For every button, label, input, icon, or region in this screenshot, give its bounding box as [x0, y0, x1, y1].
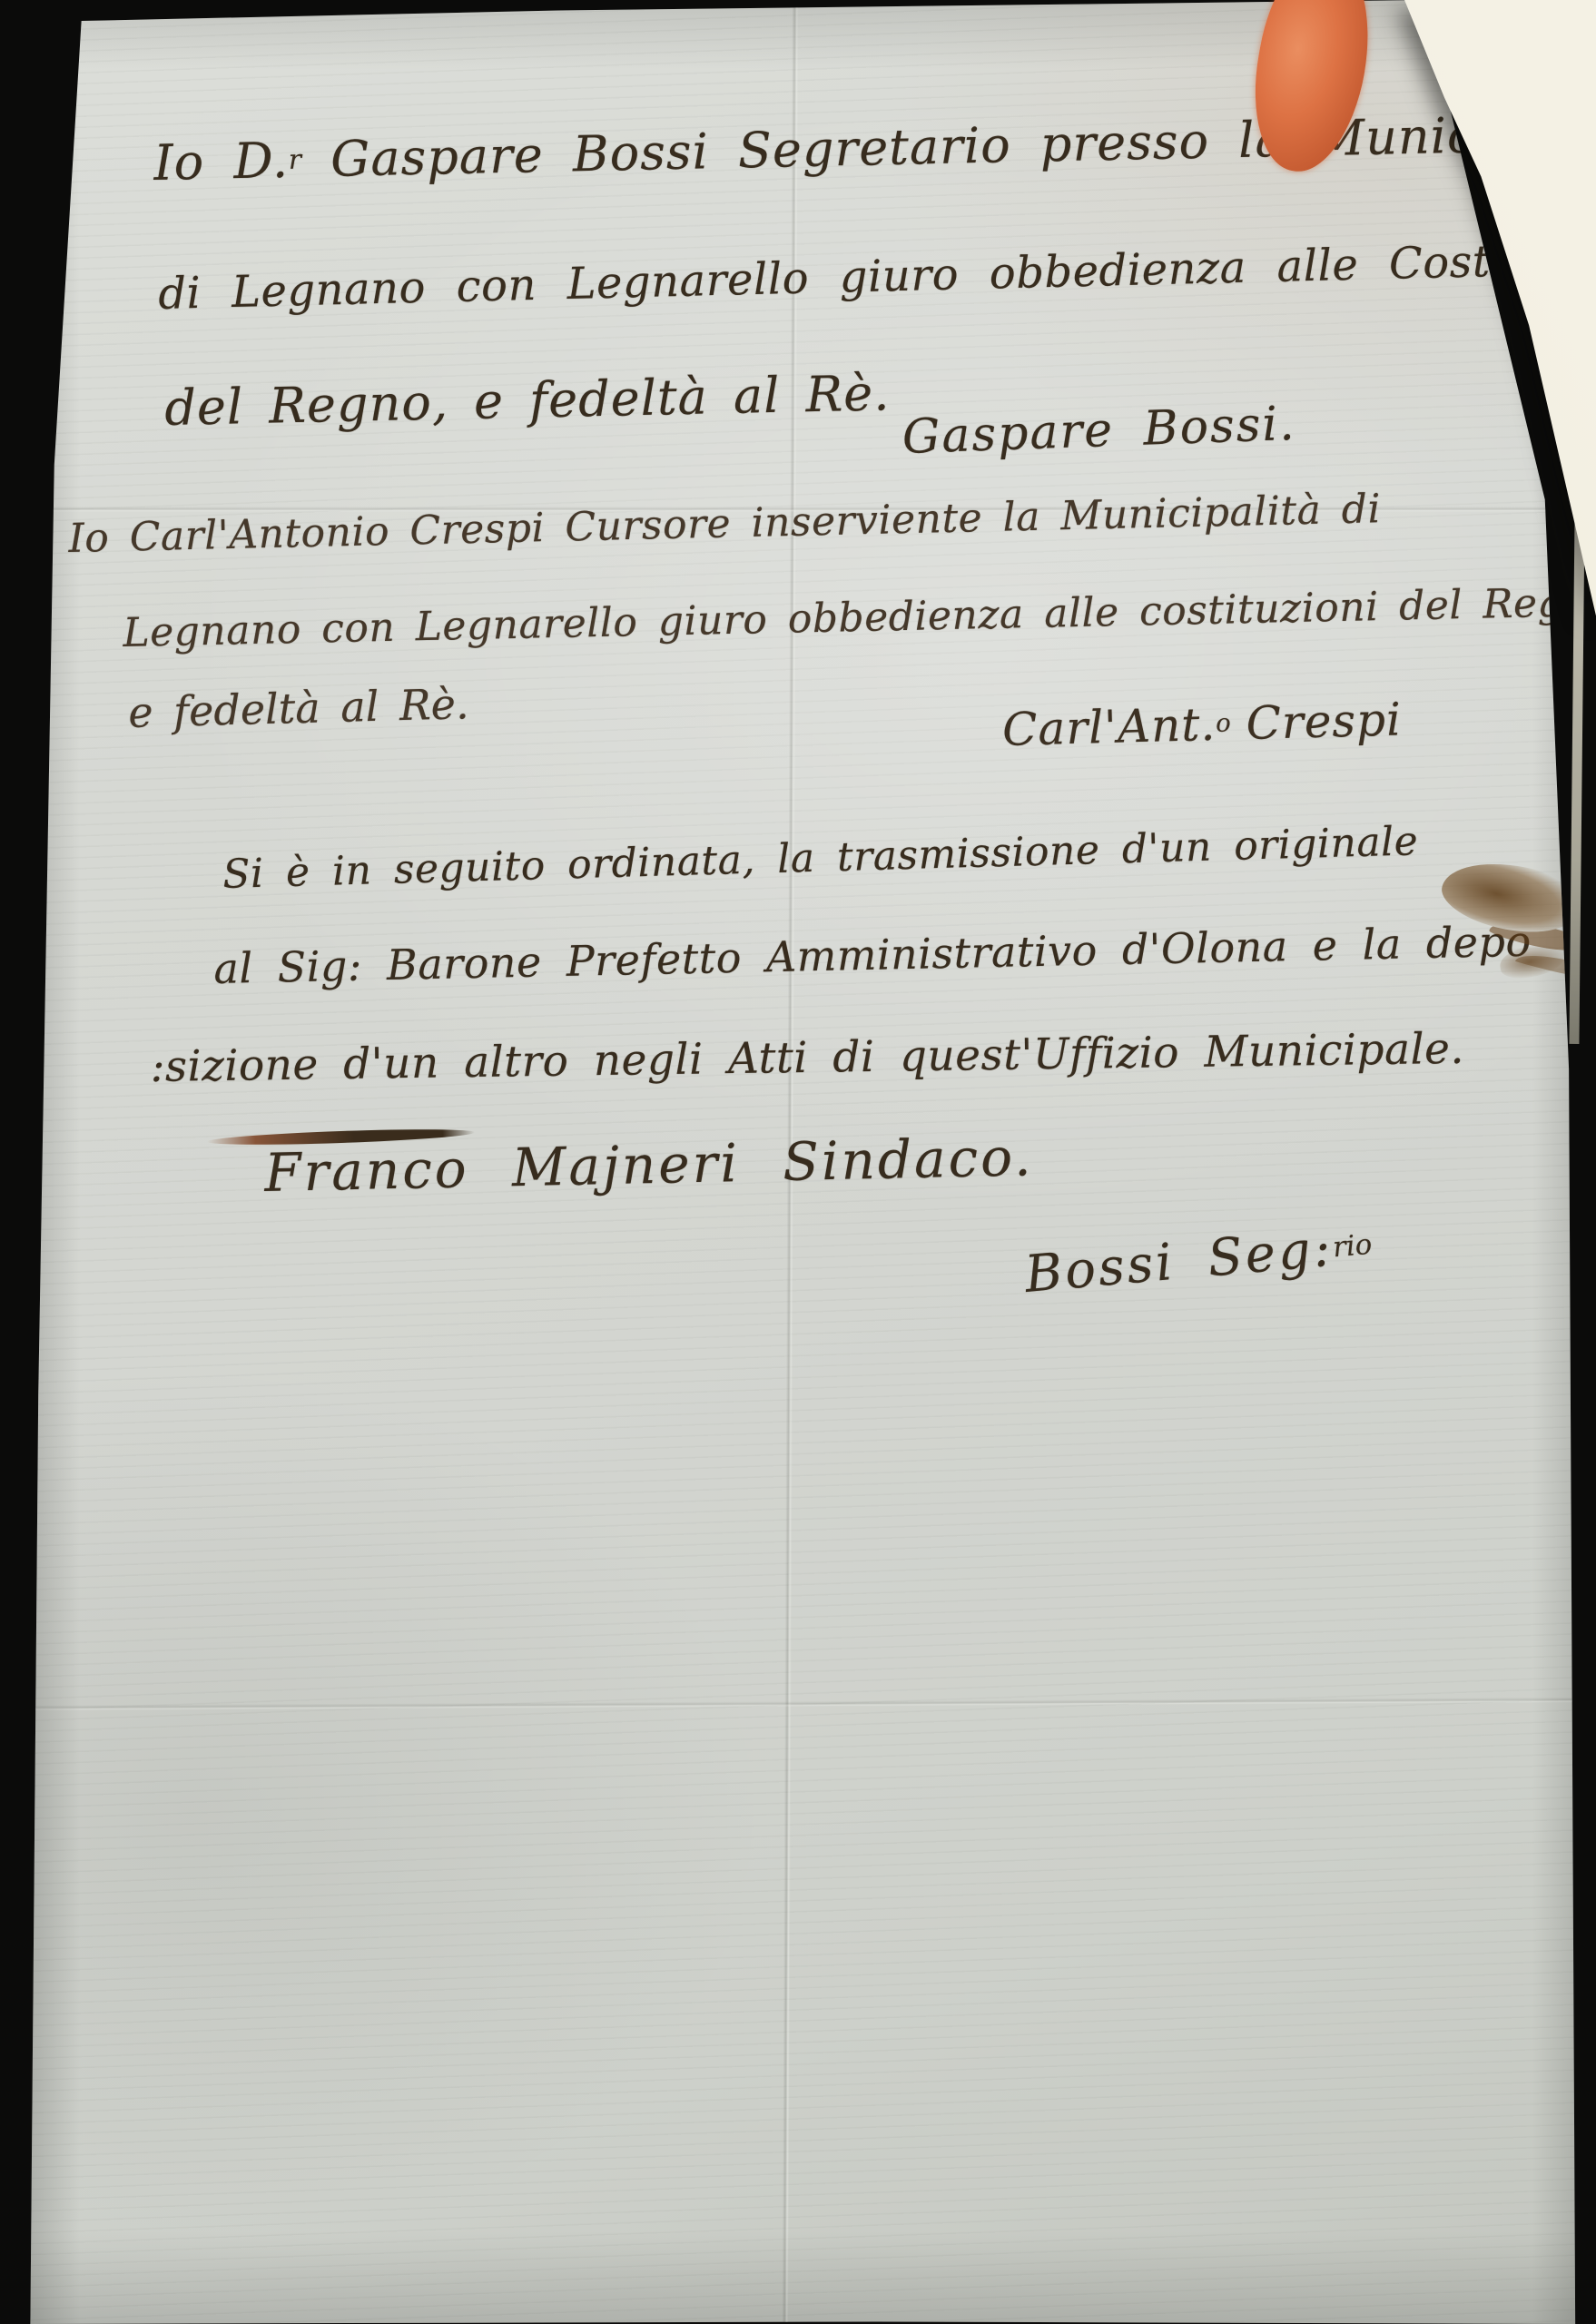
- line-text: Io D.: [153, 132, 290, 192]
- signature-carl-antonio-crespi: Carl'Ant.o Crespi: [1001, 694, 1402, 756]
- line-text: Gaspare Bossi Segretario presso la Munic…: [300, 103, 1596, 189]
- handwritten-line: :sizione d'un altro negli Atti di quest'…: [150, 1024, 1464, 1092]
- handwritten-line: Io D.r Gaspare Bossi Segretario presso l…: [153, 103, 1596, 192]
- superscript: rio: [1332, 1228, 1374, 1265]
- handwritten-line: e fedeltà al Rè.: [128, 679, 470, 737]
- superscript: r: [288, 144, 301, 176]
- line-text: Bossi Seg:: [1022, 1219, 1335, 1305]
- handwritten-line: del Regno, e fedeltà al Rè.: [164, 364, 891, 437]
- handwritten-line: Io Carl'Antonio Crespi Cursore inservien…: [68, 486, 1382, 562]
- handwritten-line: al Sig: Barone Prefetto Amministrativo d…: [213, 917, 1532, 993]
- line-text: Crespi: [1230, 694, 1403, 751]
- line-text: Carl'Ant.: [1001, 698, 1216, 756]
- signature-bossi-segretario: Bossi Seg:rio: [1022, 1216, 1374, 1305]
- handwritten-line: di Legnano con Legnarello giuro obbedien…: [158, 232, 1596, 320]
- handwritten-line: Legnano con Legnarello giuro obbedienza …: [123, 579, 1596, 656]
- handwritten-line: Si è in seguito ordinata, la trasmission…: [222, 818, 1419, 898]
- superscript: o: [1216, 708, 1231, 737]
- document-photo: Io D.r Gaspare Bossi Segretario presso l…: [0, 0, 1596, 2324]
- signature-gaspare-bossi: Gaspare Bossi.: [901, 397, 1297, 465]
- page-edge-sliver: [1569, 427, 1585, 1044]
- horizontal-fold-crease: [0, 1697, 1596, 1710]
- paper-sheet: Io D.r Gaspare Bossi Segretario presso l…: [0, 0, 1596, 2324]
